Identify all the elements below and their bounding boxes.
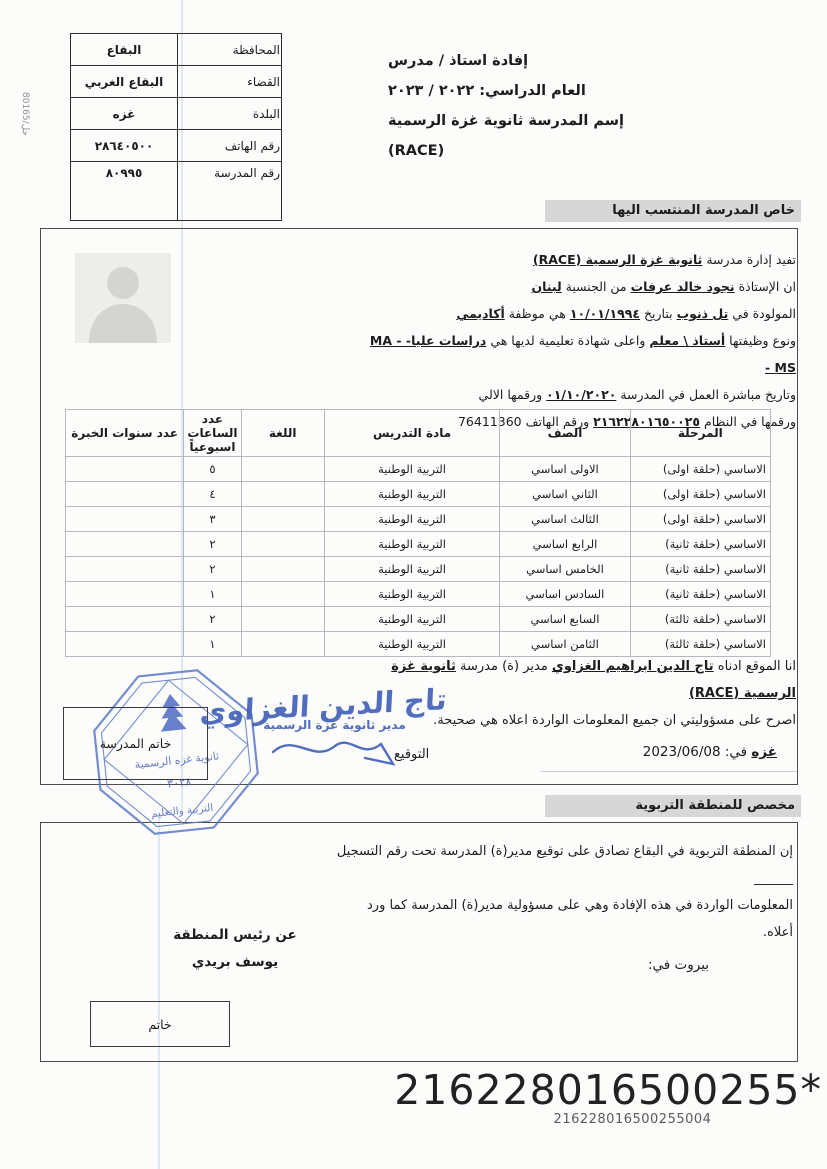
cell-experience: [66, 632, 184, 657]
school-stamp-box: خاتم المدرسة: [63, 707, 208, 780]
section-title-school: خاص المدرسة المنتسب اليها: [545, 200, 801, 222]
col-header-subject: مادة التدريس: [324, 410, 499, 457]
cell-hours: ٤: [184, 482, 241, 507]
text: مدير (ة) مدرسة: [456, 659, 552, 674]
school-stamp-label: خاتم المدرسة: [100, 736, 172, 751]
statement-line: ونوع وظيفتها أستاذ \ معلم واعلى شهادة تع…: [348, 327, 796, 381]
info-row: المحافظة البقاع: [71, 34, 282, 66]
cell-stage: الاساسي (حلقة ثالثة): [630, 607, 770, 632]
cell-subject: التربية الوطنية: [324, 557, 499, 582]
cell-experience: [66, 557, 184, 582]
cell-hours: ٢: [184, 532, 241, 557]
date: 2023/06/08: [643, 744, 721, 760]
school-name-line: إسم المدرسة ثانوية غزة الرسمية (RACE): [388, 106, 636, 166]
reference-number-large: 216228016500255*: [394, 1066, 822, 1114]
registration-number-blank: ______: [754, 871, 793, 886]
text: ان الإستاذة: [735, 279, 796, 294]
place-and-date: غزه في: 2023/06/08: [625, 744, 777, 760]
cell-experience: [66, 607, 184, 632]
cell-experience: [66, 457, 184, 482]
teaching-table-header-row: المرحلة الصف مادة التدريس اللغة عدد السا…: [66, 410, 771, 457]
doc-title: إفادة استاذ / مدرس: [388, 46, 636, 76]
birthplace: تل ذنوب: [677, 306, 729, 321]
text: تفيد إدارة مدرسة: [702, 252, 796, 267]
statement-line: وتاريخ مباشرة العمل في المدرسة ٠١/١٠/٢٠٢…: [348, 381, 796, 408]
cell-grade: الخامس اساسي: [500, 557, 630, 582]
person-silhouette-icon: [75, 253, 171, 343]
birth-date: ١٠/٠١/١٩٩٤: [570, 306, 640, 321]
info-label: المحافظة: [178, 34, 282, 66]
cell-hours: ١: [184, 582, 241, 607]
col-header-language: اللغة: [241, 410, 324, 457]
cell-subject: التربية الوطنية: [324, 532, 499, 557]
table-row: الاساسي (حلقة ثالثة) السابع اساسي التربي…: [66, 607, 771, 632]
cell-subject: التربية الوطنية: [324, 482, 499, 507]
employee-category: أكاديمي: [456, 306, 504, 321]
cell-grade: السابع اساسي: [500, 607, 630, 632]
nationality: لبنان: [531, 279, 561, 294]
document-page: 80165/جل المحافظة البقاع القضاء البقاع ا…: [0, 0, 827, 1169]
cell-subject: التربية الوطنية: [324, 582, 499, 607]
job-title: أستاذ \ معلم: [649, 333, 725, 348]
region-stamp-box: خاتم: [90, 1001, 230, 1047]
director-name: تاج الدين ابراهيم الغزاوي: [552, 659, 714, 674]
region-official-role: عن رئيس المنطقة: [165, 922, 305, 949]
school-year-line: العام الدراسي: ٢٠٢٢ / ٢٠٢٣: [388, 76, 636, 106]
col-header-grade: الصف: [500, 410, 630, 457]
table-row: الاساسي (حلقة ثانية) الرابع اساسي التربي…: [66, 532, 771, 557]
text: المولودة في: [728, 306, 796, 321]
cell-language: [241, 607, 324, 632]
text: من الجنسية: [562, 279, 631, 294]
table-row: الاساسي (حلقة ثانية) السادس اساسي التربي…: [66, 582, 771, 607]
info-label: القضاء: [178, 66, 282, 98]
info-value: البقاع الغربي: [71, 66, 178, 98]
col-header-experience: عدد سنوات الخبرة: [66, 410, 184, 457]
cell-language: [241, 532, 324, 557]
cell-grade: الثالث اساسي: [500, 507, 630, 532]
text: هي موظفة: [505, 306, 570, 321]
cell-grade: السادس اساسي: [500, 582, 630, 607]
cell-experience: [66, 482, 184, 507]
signature-rule: [540, 771, 797, 772]
cell-language: [241, 632, 324, 657]
info-row: القضاء البقاع الغربي: [71, 66, 282, 98]
side-reference-code: 80165/جل: [20, 92, 30, 136]
text: ونوع وظيفتها: [725, 333, 796, 348]
text: ورقمها الالي: [479, 387, 547, 402]
region-official-name: يوسف بريدي: [165, 949, 305, 976]
cell-stage: الاساسي (حلقة اولى): [630, 457, 770, 482]
cell-hours: ٣: [184, 507, 241, 532]
info-value: ٨٠٩٩٥: [71, 162, 178, 221]
section-title-region: مخصص للمنطقة التربوية: [545, 795, 801, 817]
cell-language: [241, 457, 324, 482]
text: في:: [721, 744, 752, 760]
teacher-name: نجود خالد عرفات: [631, 279, 735, 294]
region-place-label: بيروت في:: [648, 957, 709, 973]
cell-grade: الاولى اساسي: [500, 457, 630, 482]
cell-stage: الاساسي (حلقة اولى): [630, 507, 770, 532]
info-label: رقم الهاتف: [178, 130, 282, 162]
text: انا الموقع ادناه: [714, 659, 796, 674]
text: بتاريخ: [640, 306, 677, 321]
table-row: الاساسي (حلقة ثانية) الخامس اساسي التربي…: [66, 557, 771, 582]
cell-stage: الاساسي (حلقة ثانية): [630, 532, 770, 557]
info-row: رقم المدرسة ٨٠٩٩٥: [71, 162, 282, 221]
region-statement: إن المنطقة التربوية في البقاع تصادق على …: [335, 838, 793, 946]
cell-stage: الاساسي (حلقة اولى): [630, 482, 770, 507]
cell-hours: ١: [184, 632, 241, 657]
cell-language: [241, 557, 324, 582]
cell-subject: التربية الوطنية: [324, 457, 499, 482]
info-label: البلدة: [178, 98, 282, 130]
cell-language: [241, 507, 324, 532]
cell-language: [241, 482, 324, 507]
cell-stage: الاساسي (حلقة ثانية): [630, 582, 770, 607]
text: واعلى شهادة تعليمية لديها هي: [486, 333, 649, 348]
employment-start-date: ٠١/١٠/٢٠٢٠: [546, 387, 616, 402]
statement-line: تفيد إدارة مدرسة ثانوية غزة الرسمية (RAC…: [348, 246, 796, 273]
school-name: ثانوية غزة الرسمية (RACE): [533, 252, 703, 267]
doc-header: إفادة استاذ / مدرس العام الدراسي: ٢٠٢٢ /…: [388, 46, 636, 166]
cell-experience: [66, 532, 184, 557]
teaching-table: المرحلة الصف مادة التدريس اللغة عدد السا…: [65, 409, 771, 657]
signature-squiggle-icon: [265, 730, 405, 770]
cell-subject: التربية الوطنية: [324, 507, 499, 532]
cell-subject: التربية الوطنية: [324, 607, 499, 632]
cell-experience: [66, 582, 184, 607]
cell-hours: ٢: [184, 557, 241, 582]
region-stamp-label: خاتم: [148, 1017, 171, 1032]
cell-grade: الرابع اساسي: [500, 532, 630, 557]
teacher-statement: تفيد إدارة مدرسة ثانوية غزة الرسمية (RAC…: [348, 246, 796, 435]
col-header-stage: المرحلة: [630, 410, 770, 457]
info-row: البلدة غزه: [71, 98, 282, 130]
director-script-stamp: تاج الدين الغزاوي مدير ثانوية غزة الرسمي…: [222, 688, 447, 770]
cell-grade: الثاني اساسي: [500, 482, 630, 507]
region-official: عن رئيس المنطقة يوسف بريدي: [165, 922, 305, 976]
table-row: الاساسي (حلقة اولى) الثالث اساسي التربية…: [66, 507, 771, 532]
table-row: الاساسي (حلقة اولى) الاولى اساسي التربية…: [66, 457, 771, 482]
info-row: رقم الهاتف ٢٨٦٤٠٥٠٠: [71, 130, 282, 162]
cell-hours: ٢: [184, 607, 241, 632]
text: وتاريخ مباشرة العمل في المدرسة: [616, 387, 796, 402]
reference-number-small: 216228016500255004: [535, 1112, 730, 1127]
text: إن المنطقة التربوية في البقاع تصادق على …: [337, 844, 793, 859]
place: غزه: [751, 744, 777, 760]
statement-line: المولودة في تل ذنوب بتاريخ ١٠/٠١/١٩٩٤ هي…: [348, 300, 796, 327]
col-header-hours: عدد الساعات اسبوعياً: [184, 410, 241, 457]
cell-language: [241, 582, 324, 607]
region-statement-line: إن المنطقة التربوية في البقاع تصادق على …: [335, 838, 793, 892]
table-row: الاساسي (حلقة اولى) الثاني اساسي التربية…: [66, 482, 771, 507]
info-value: ٢٨٦٤٠٥٠٠: [71, 130, 178, 162]
teacher-photo-placeholder: [75, 253, 171, 343]
info-label: رقم المدرسة: [178, 162, 282, 221]
info-value: غزه: [71, 98, 178, 130]
cell-hours: ٥: [184, 457, 241, 482]
cell-experience: [66, 507, 184, 532]
info-value: البقاع: [71, 34, 178, 66]
cell-stage: الاساسي (حلقة ثانية): [630, 557, 770, 582]
info-table: المحافظة البقاع القضاء البقاع الغربي الب…: [70, 33, 282, 221]
region-statement-line: المعلومات الواردة في هذه الإفادة وهي على…: [335, 892, 793, 946]
statement-line: ان الإستاذة نجود خالد عرفات من الجنسية ل…: [348, 273, 796, 300]
